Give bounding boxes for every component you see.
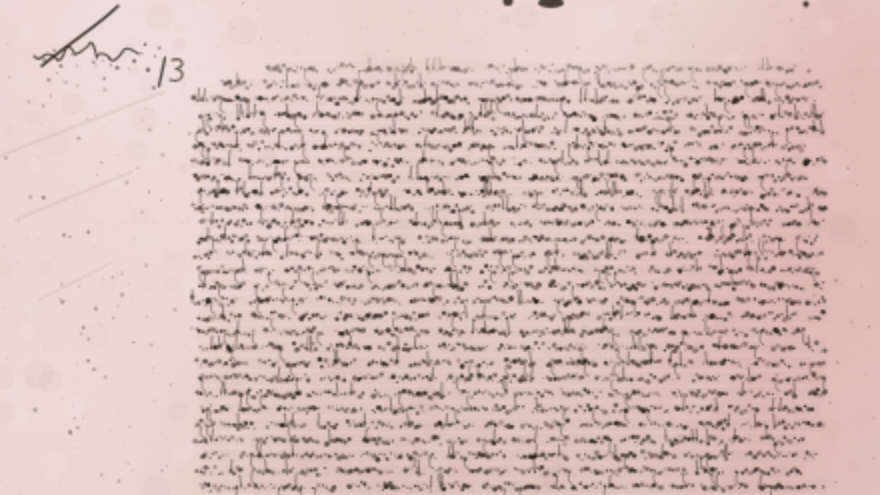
manuscript-scan: Low-resolution scan of an aged, pink-ton… <box>0 0 880 495</box>
manuscript-canvas <box>0 0 880 495</box>
